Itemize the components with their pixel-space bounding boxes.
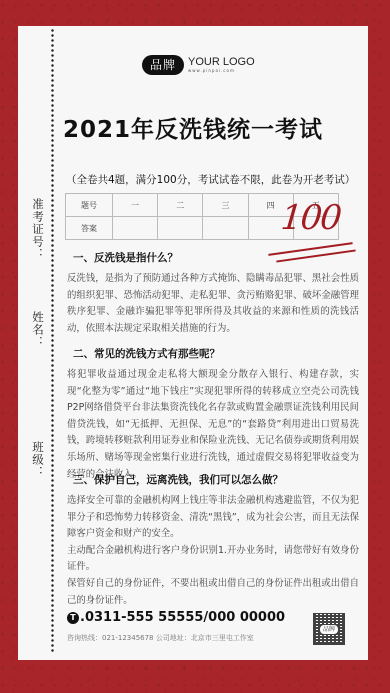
section-text: 反洗钱，是指为了预防通过各种方式掩饰、隐瞒毒品犯罪、黑社会性质的组织犯罪、恐怖活… [67, 271, 359, 337]
logo-url: www.pinpai.com [188, 69, 255, 73]
name-label: 姓名： [30, 311, 46, 349]
qr-label: 品牌 [319, 624, 339, 635]
table-cell: 三 [203, 194, 248, 217]
phone-number: .0311-555 55555/000 00000 [80, 610, 285, 625]
contact-block: T .0311-555 55555/000 00000 咨询热线：021-123… [67, 610, 285, 643]
section-text: 主动配合金融机构进行客户身份识别1.开办业务时，请您带好有效身份证件。 [67, 543, 359, 576]
section-1: 一、反洗钱是指什么？ 反洗钱，是指为了预防通过各种方式掩饰、隐瞒毒品犯罪、黑社会… [67, 250, 359, 337]
phone-icon: T [67, 612, 79, 624]
logo-badge: 品牌 [142, 55, 184, 75]
table-cell: 题号 [66, 194, 113, 217]
logo-name: YOUR LOGO [188, 57, 255, 68]
section-3: 三、保护自己，远离洗钱，我们可以怎么做？ 选择安全可靠的金融机构网上钱庄等非法金… [67, 472, 359, 609]
class-label: 班级： [30, 441, 46, 479]
page-title: 2021年反洗钱统一考试 [18, 111, 368, 144]
contact-info: 咨询热线：021-12345678 公司地址：北京市三里屯工作室 [67, 633, 285, 643]
section-heading: 一、反洗钱是指什么？ [73, 250, 359, 265]
score-mark: 100 [279, 198, 341, 238]
qr-code-icon: 品牌 [313, 613, 345, 645]
section-2: 二、常见的洗钱方式有那些呢？ 将犯罪收益通过现金走私将大额现金分散存入银行、构建… [67, 346, 359, 483]
table-cell [113, 217, 158, 240]
exam-id-label: 准考证号： [30, 198, 46, 261]
table-cell: 一 [113, 194, 158, 217]
exam-paper: 准考证号： 姓名： 班级： 品牌 YOUR LOGO www.pinpai.co… [18, 26, 368, 660]
table-cell [158, 217, 203, 240]
section-text: 保管好自己的身份证件，不要出租或出借自己的身份证件出租或出借自己的身份证件。 [67, 576, 359, 609]
section-text: 选择安全可靠的金融机构网上钱庄等非法金融机构逃避监管，不仅为犯罪分子和恐怖势力转… [67, 493, 359, 543]
table-cell: 二 [158, 194, 203, 217]
section-heading: 三、保护自己，远离洗钱，我们可以怎么做？ [73, 472, 359, 487]
table-cell: 答案 [66, 217, 113, 240]
logo: 品牌 YOUR LOGO www.pinpai.com [142, 55, 255, 75]
section-heading: 二、常见的洗钱方式有那些呢？ [73, 346, 359, 361]
table-cell [203, 217, 248, 240]
section-text: 将犯罪收益通过现金走私将大额现金分散存入银行、构建存款，实现“化整为零”通过“地… [67, 367, 359, 483]
exam-subtitle: （全卷共4题，满分100分，考试试卷不限，此卷为开老考试） [66, 172, 355, 187]
